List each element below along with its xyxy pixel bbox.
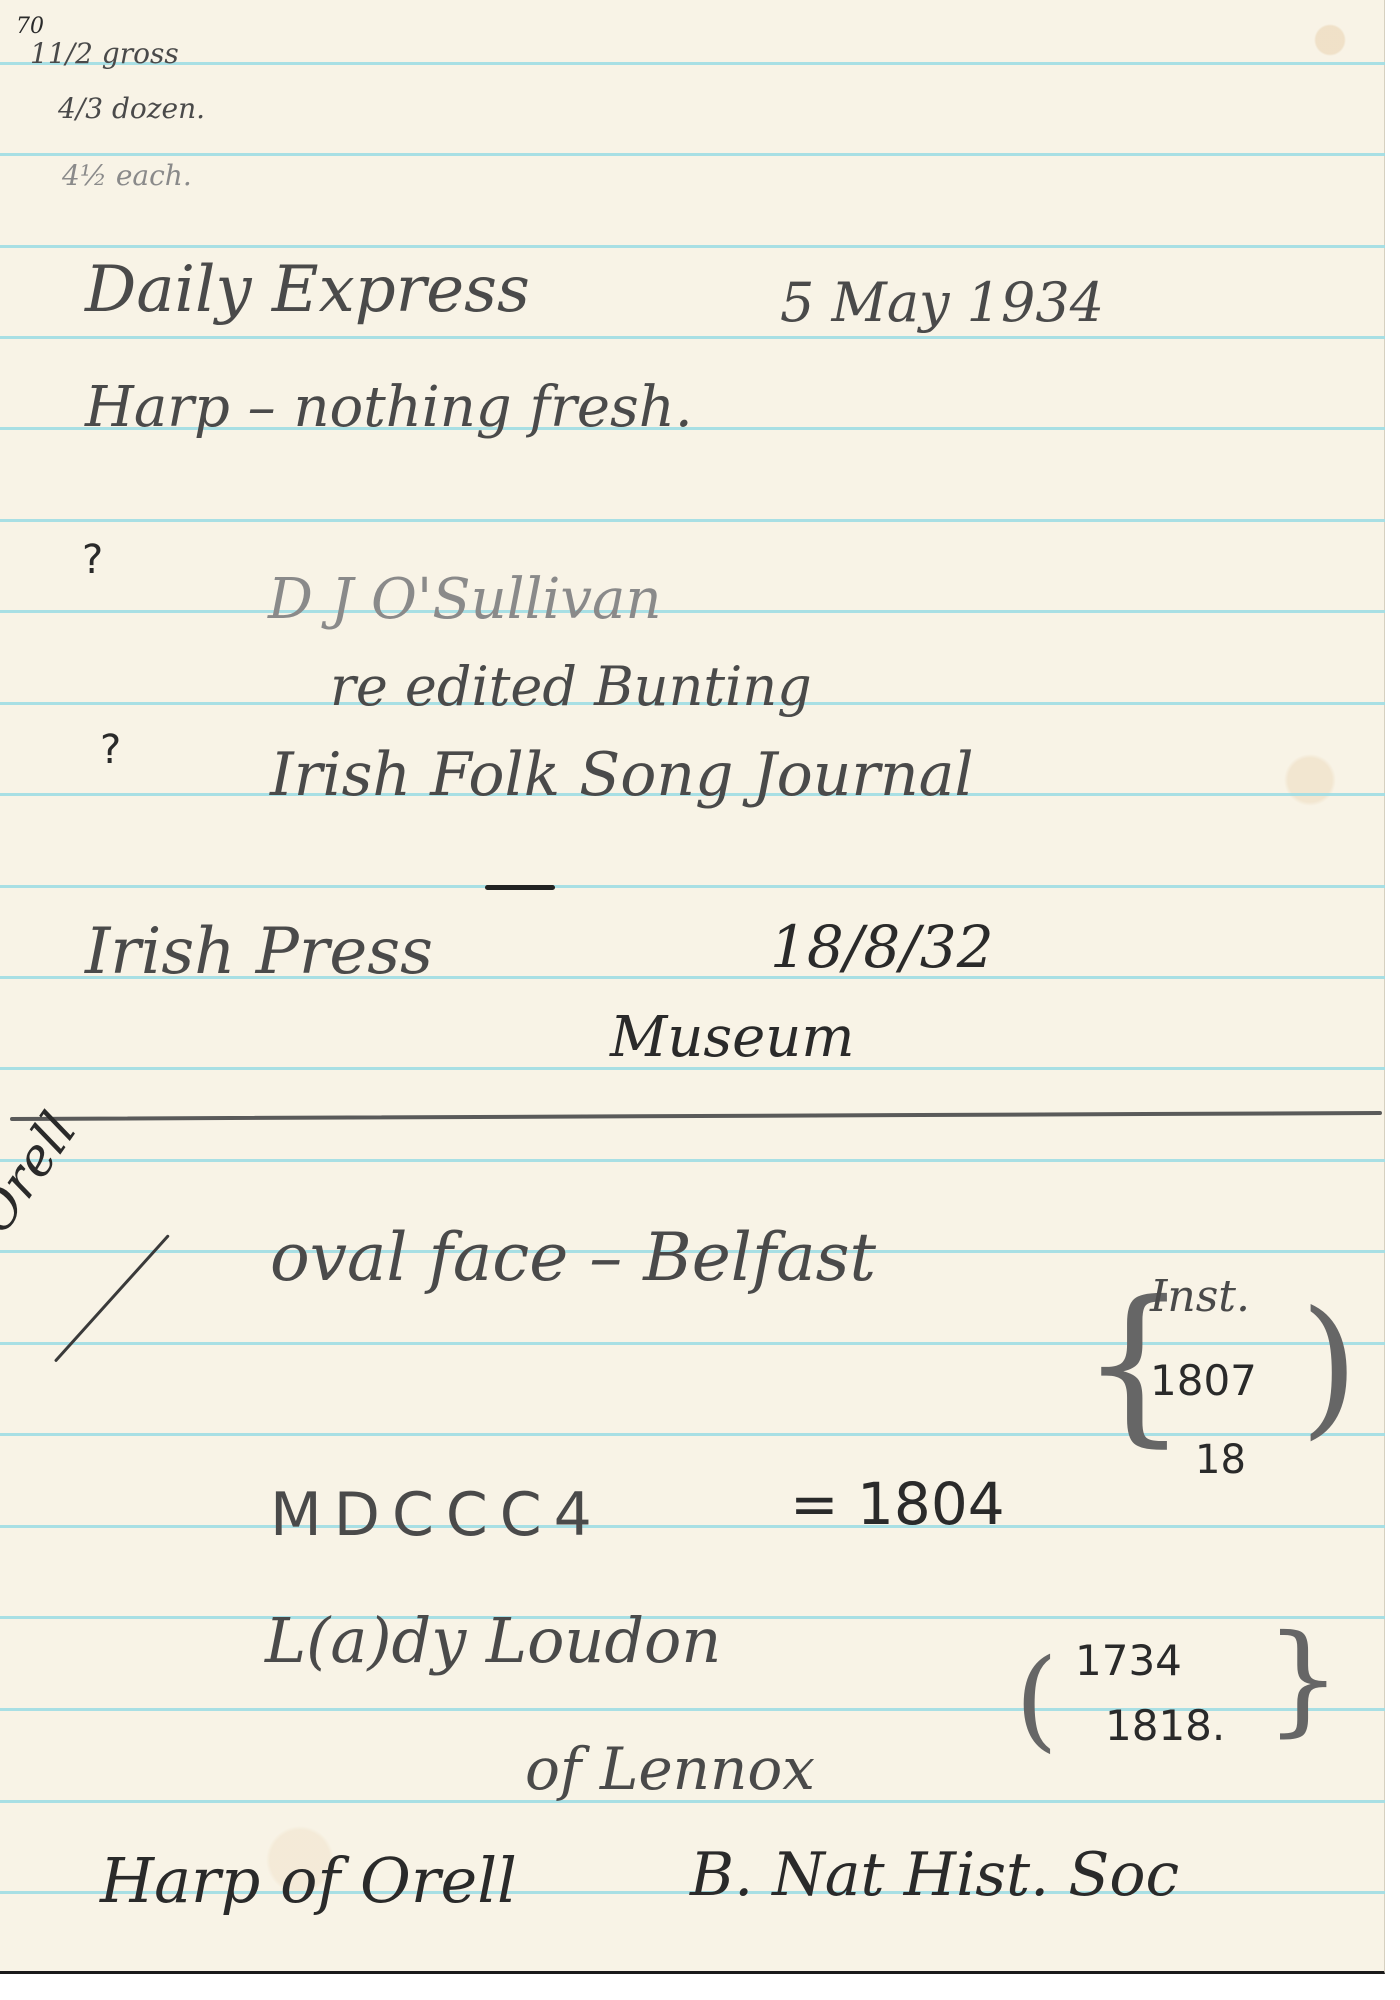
roman-numeral: MDCCC4 bbox=[270, 1485, 604, 1545]
entry-date: 5 May 1934 bbox=[780, 276, 1104, 330]
ruled-line bbox=[0, 62, 1385, 65]
overbar-mark bbox=[485, 885, 555, 890]
bracket-note-line: 1807 bbox=[1150, 1360, 1257, 1402]
entry-source: Daily Express bbox=[85, 258, 530, 322]
corner-note-line: 4/3 dozen. bbox=[58, 95, 205, 123]
query-mark: ? bbox=[100, 730, 121, 770]
lady-dates-top: 1734 bbox=[1075, 1640, 1182, 1682]
entry-note: Harp – nothing fresh. bbox=[85, 380, 693, 436]
corner-note-line: 4½ each. bbox=[62, 162, 192, 190]
note-card: 70 11/2 gross 4/3 dozen. 4½ each. Daily … bbox=[0, 0, 1385, 1974]
ruled-line bbox=[0, 885, 1385, 888]
harp-reference: B. Nat Hist. Soc bbox=[690, 1845, 1179, 1905]
bracket-note-line: 18 bbox=[1195, 1440, 1246, 1480]
ruled-line bbox=[0, 336, 1385, 339]
harp-line: Harp of Orell bbox=[100, 1850, 517, 1912]
section-divider bbox=[10, 1111, 1382, 1121]
query-mark: ? bbox=[82, 540, 103, 580]
query-line: D J O'Sullivan bbox=[268, 572, 662, 628]
ruled-line bbox=[0, 153, 1385, 156]
lower-line: oval face – Belfast bbox=[270, 1225, 876, 1291]
corner-number: 70 bbox=[16, 16, 44, 38]
margin-label: Orell bbox=[0, 1104, 85, 1242]
ruled-line bbox=[0, 610, 1385, 613]
entry-date: 18/8/32 bbox=[770, 918, 994, 976]
roman-equivalent: = 1804 bbox=[790, 1475, 1005, 1533]
corner-note-line: 11/2 gross bbox=[30, 40, 179, 68]
ruled-line bbox=[0, 245, 1385, 248]
ruled-line bbox=[0, 1159, 1385, 1162]
lady-line: L(a)dy Loudon bbox=[265, 1610, 721, 1672]
dates-bracket-open: ( bbox=[1015, 1635, 1058, 1763]
bracket-close: ) bbox=[1300, 1280, 1359, 1454]
entry-source: Irish Press bbox=[85, 920, 433, 984]
ruled-line bbox=[0, 1525, 1385, 1528]
lady-dates-bottom: 1818. bbox=[1105, 1705, 1225, 1747]
query-line: Irish Folk Song Journal bbox=[270, 745, 974, 805]
entry-note: Museum bbox=[610, 1010, 854, 1066]
ruled-line bbox=[0, 519, 1385, 522]
dates-bracket-close: } bbox=[1265, 1610, 1341, 1749]
bracket-note-line: Inst. bbox=[1150, 1275, 1250, 1319]
query-line: re edited Bunting bbox=[330, 660, 812, 714]
lady-line: of Lennox bbox=[525, 1740, 815, 1798]
